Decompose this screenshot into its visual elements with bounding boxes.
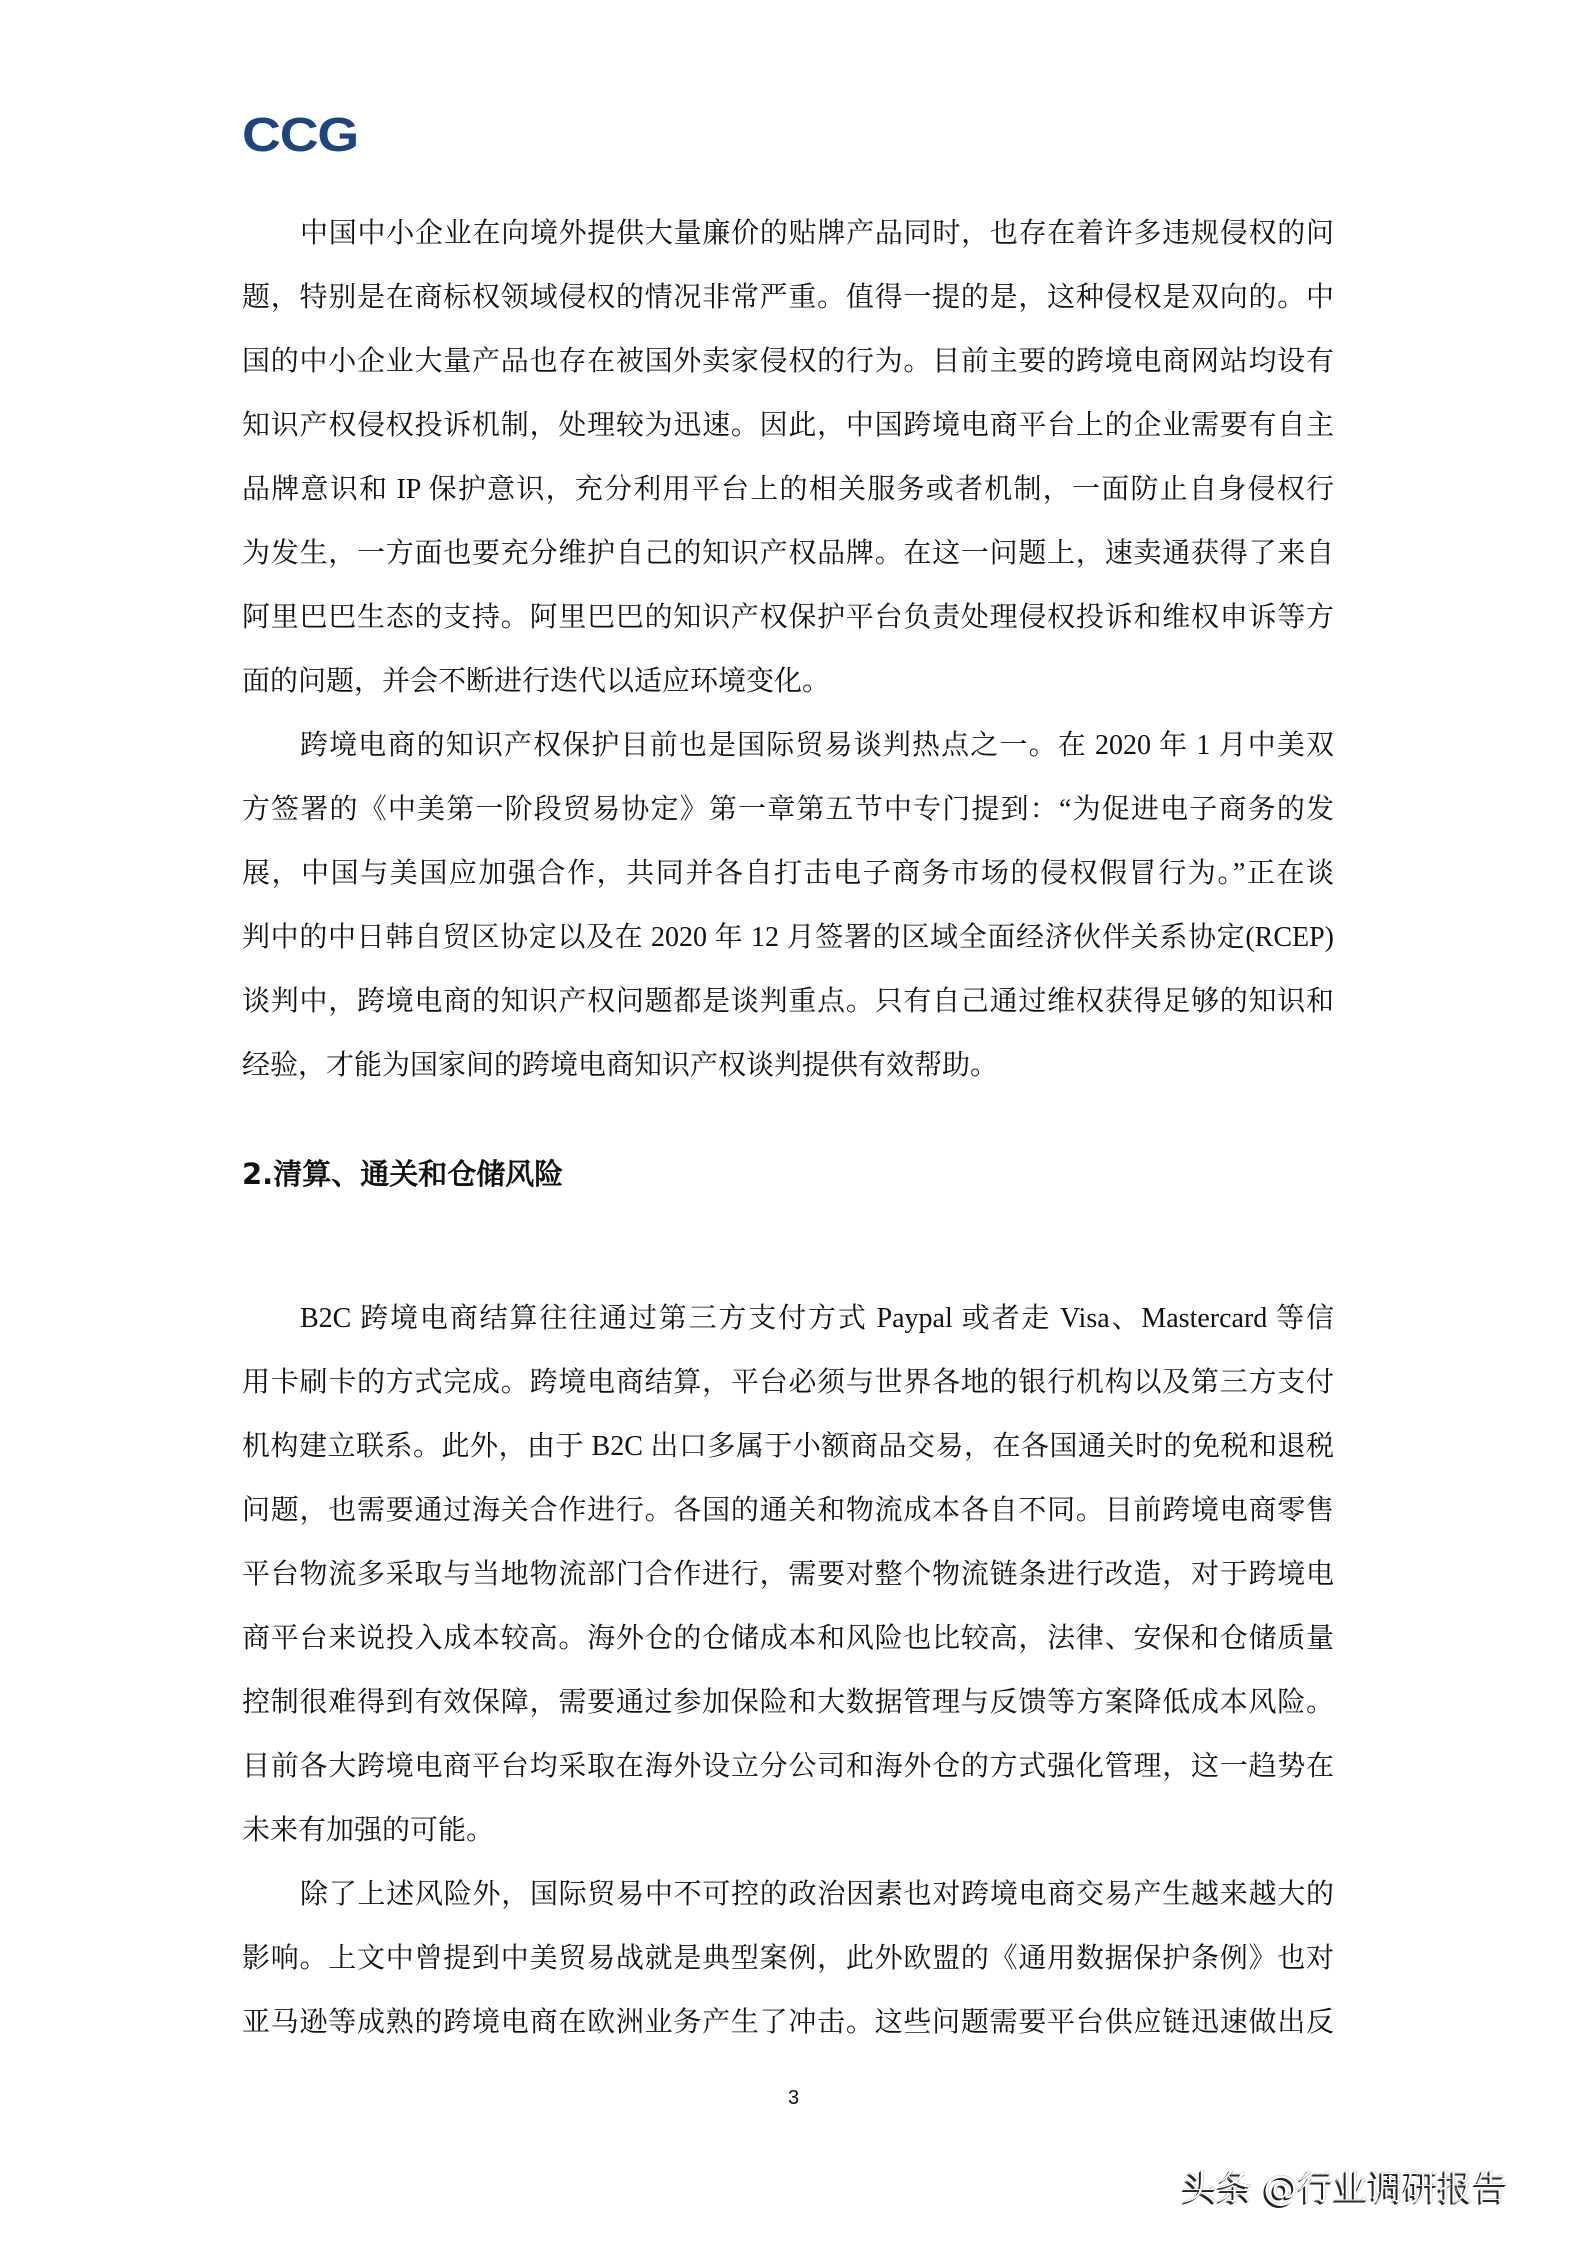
text-line: 平台物流多采取与当地物流部门合作进行，需要对整个物流链条进行改造，对于跨境电 [242,1555,1334,1595]
text-line: 控制很难得到有效保障，需要通过参加保险和大数据管理与反馈等方案降低成本风险。 [242,1683,1334,1723]
text-line: 问题，也需要通过海关合作进行。各国的通关和物流成本各自不同。目前跨境电商零售 [242,1491,1334,1531]
text-line: 用卡刷卡的方式完成。跨境电商结算，平台必须与世界各地的银行机构以及第三方支付 [242,1363,1334,1403]
watermark: 头条 @行业调研报告 [1182,2166,1508,2212]
text-line: 判中的中日韩自贸区协定以及在 2020 年 12 月签署的区域全面经济伙伴关系协… [242,918,1334,958]
text-line: 除了上述风险外，国际贸易中不可控的政治因素也对跨境电商交易产生越来越大的 [300,1875,1334,1915]
page-number: 3 [788,2086,799,2110]
text-line: 谈判中，跨境电商的知识产权问题都是谈判重点。只有自己通过维权获得足够的知识和 [242,982,1334,1022]
text-line: 影响。上文中曾提到中美贸易战就是典型案例，此外欧盟的《通用数据保护条例》也对 [242,1939,1334,1979]
text-line: 方签署的《中美第一阶段贸易协定》第一章第五节中专门提到：“为促进电子商务的发 [242,790,1334,830]
text-line: 阿里巴巴生态的支持。阿里巴巴的知识产权保护平台负责处理侵权投诉和维权申诉等方 [242,598,1334,638]
text-line: 商平台来说投入成本较高。海外仓的仓储成本和风险也比较高，法律、安保和仓储质量 [242,1619,1334,1659]
text-line: 未来有加强的可能。 [242,1811,1334,1851]
text-line: 面的问题，并会不断进行迭代以适应环境变化。 [242,662,1334,702]
text-line: 展，中国与美国应加强合作，共同并各自打击电子商务市场的侵权假冒行为。”正在谈 [242,854,1334,894]
document-page: CCG 中国中小企业在向境外提供大量廉价的贴牌产品同时，也存在着许多违规侵权的问… [0,0,1586,2245]
text-line: 中国中小企业在向境外提供大量廉价的贴牌产品同时，也存在着许多违规侵权的问 [300,214,1334,254]
text-line: 国的中小企业大量产品也存在被国外卖家侵权的行为。目前主要的跨境电商网站均设有 [242,342,1334,382]
text-line: 知识产权侵权投诉机制，处理较为迅速。因此，中国跨境电商平台上的企业需要有自主 [242,406,1334,446]
section-heading: 2.清算、通关和仓储风险 [242,1152,563,1196]
text-line: 品牌意识和 IP 保护意识，充分利用平台上的相关服务或者机制，一面防止自身侵权行 [242,470,1334,510]
text-line: 为发生，一方面也要充分维护自己的知识产权品牌。在这一问题上，速卖通获得了来自 [242,534,1334,574]
ccg-logo: CCG [242,108,358,164]
text-line: 题，特别是在商标权领域侵权的情况非常严重。值得一提的是，这种侵权是双向的。中 [242,278,1334,318]
text-line: B2C 跨境电商结算往往通过第三方支付方式 Paypal 或者走 Visa、Ma… [300,1299,1334,1339]
text-line: 跨境电商的知识产权保护目前也是国际贸易谈判热点之一。在 2020 年 1 月中美… [300,726,1334,766]
text-line: 经验，才能为国家间的跨境电商知识产权谈判提供有效帮助。 [242,1046,1334,1086]
text-line: 机构建立联系。此外，由于 B2C 出口多属于小额商品交易，在各国通关时的免税和退… [242,1427,1334,1467]
text-line: 亚马逊等成熟的跨境电商在欧洲业务产生了冲击。这些问题需要平台供应链迅速做出反 [242,2003,1334,2043]
text-line: 目前各大跨境电商平台均采取在海外设立分公司和海外仓的方式强化管理，这一趋势在 [242,1747,1334,1787]
